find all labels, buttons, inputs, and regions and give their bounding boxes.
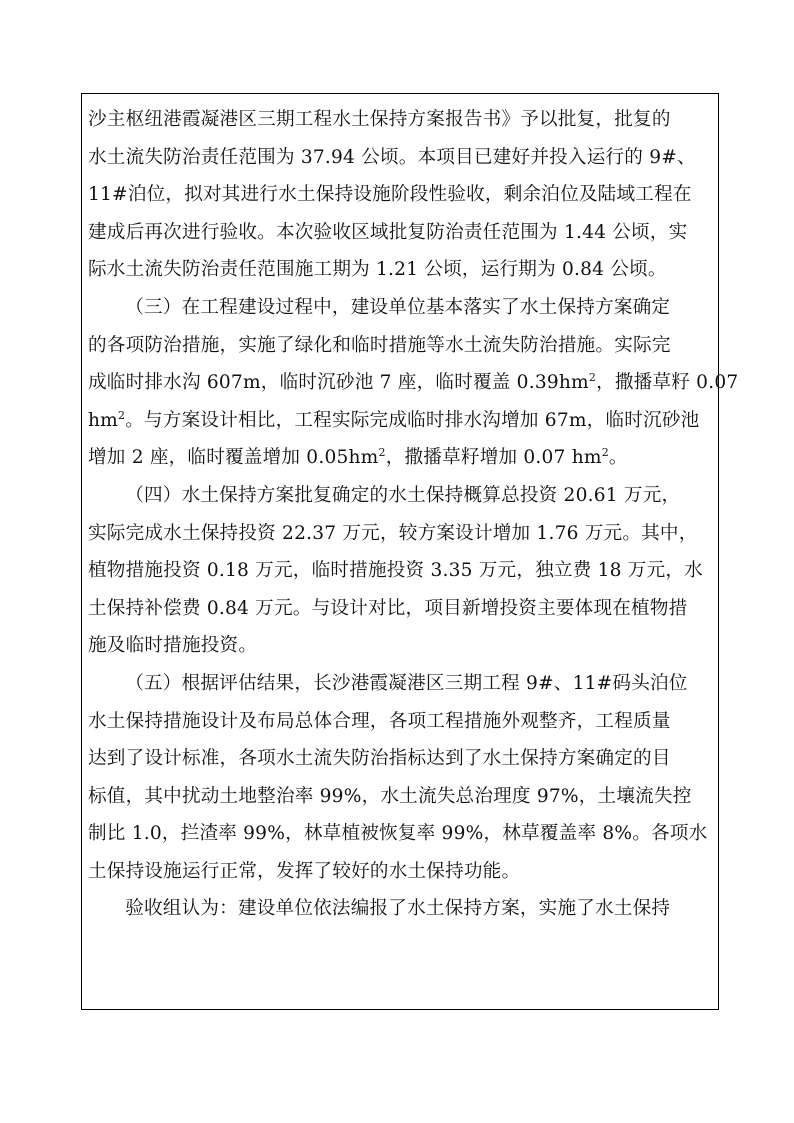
text-line: 实际完成水土保持投资 22.37 万元，较方案设计增加 1.76 万元。其中， (88, 515, 712, 553)
text-line: 11#泊位，拟对其进行水土保持设施阶段性验收，剩余泊位及陆域工程在 (88, 176, 712, 214)
text-line: hm2。与方案设计相比，工程实际完成临时排水沟增加 67m，临时沉砂池 (88, 402, 712, 440)
text-segment: hm (88, 410, 118, 431)
text-line: 标值，其中扰动土地整治率 99%，水土流失总治理度 97%，土壤流失控 (88, 778, 712, 816)
text-line: 验收组认为：建设单位依法编报了水土保持方案，实施了水土保持 (88, 890, 712, 928)
text-line: 土保持补偿费 0.84 万元。与设计对比，项目新增投资主要体现在植物措 (88, 590, 712, 628)
paragraph-acceptance-conclusion: 验收组认为：建设单位依法编报了水土保持方案，实施了水土保持 (88, 890, 712, 928)
text-line: 植物措施投资 0.18 万元，临时措施投资 3.35 万元，独立费 18 万元，… (88, 552, 712, 590)
paragraph-approval-scope: 沙主枢纽港霞凝港区三期工程水土保持方案报告书》予以批复，批复的 水土流失防治责任… (88, 101, 712, 289)
document-body: 沙主枢纽港霞凝港区三期工程水土保持方案报告书》予以批复，批复的 水土流失防治责任… (88, 101, 712, 928)
text-line: 水土保持措施设计及布局总体合理，各项工程措施外观整齐，工程质量 (88, 703, 712, 741)
paragraph-section-3-measures: （三）在工程建设过程中，建设单位基本落实了水土保持方案确定 的各项防治措施，实施… (88, 289, 712, 477)
paragraph-section-5-evaluation: （五）根据评估结果，长沙港霞凝港区三期工程 9#、11#码头泊位 水土保持措施设… (88, 665, 712, 891)
text-line: 际水土流失防治责任范围施工期为 1.21 公顷，运行期为 0.84 公顷。 (88, 251, 712, 289)
text-line: 施及临时措施投资。 (88, 627, 712, 665)
text-segment: ，撒播草籽 0.07 (596, 372, 738, 393)
text-segment: ，撒播草籽增加 0.07 hm (386, 447, 602, 468)
text-segment: 。 (609, 447, 628, 468)
text-line: 成临时排水沟 607m，临时沉砂池 7 座，临时覆盖 0.39hm2，撒播草籽 … (88, 364, 712, 402)
paragraph-section-4-investment: （四）水土保持方案批复确定的水土保持概算总投资 20.61 万元， 实际完成水土… (88, 477, 712, 665)
text-line: 水土流失防治责任范围为 37.94 公顷。本项目已建好并投入运行的 9#、 (88, 139, 712, 177)
text-line: 制比 1.0，拦渣率 99%，林草植被恢复率 99%，林草覆盖率 8%。各项水 (88, 815, 712, 853)
superscript: 2 (379, 446, 386, 459)
text-line: 的各项防治措施，实施了绿化和临时措施等水土流失防治措施。实际完 (88, 327, 712, 365)
document-frame: 沙主枢纽港霞凝港区三期工程水土保持方案报告书》予以批复，批复的 水土流失防治责任… (81, 93, 719, 1010)
superscript: 2 (602, 446, 609, 459)
text-line: （四）水土保持方案批复确定的水土保持概算总投资 20.61 万元， (88, 477, 712, 515)
text-line: （五）根据评估结果，长沙港霞凝港区三期工程 9#、11#码头泊位 (88, 665, 712, 703)
text-segment: 增加 2 座，临时覆盖增加 0.05hm (88, 447, 379, 468)
text-segment: 成临时排水沟 607m，临时沉砂池 7 座，临时覆盖 0.39hm (88, 372, 589, 393)
text-line: 增加 2 座，临时覆盖增加 0.05hm2，撒播草籽增加 0.07 hm2。 (88, 439, 712, 477)
text-line: 达到了设计标准，各项水土流失防治指标达到了水土保持方案确定的目 (88, 740, 712, 778)
text-line: 土保持设施运行正常，发挥了较好的水土保持功能。 (88, 853, 712, 891)
text-line: （三）在工程建设过程中，建设单位基本落实了水土保持方案确定 (88, 289, 712, 327)
text-line: 沙主枢纽港霞凝港区三期工程水土保持方案报告书》予以批复，批复的 (88, 101, 712, 139)
superscript: 2 (589, 371, 596, 384)
text-line: 建成后再次进行验收。本次验收区域批复防治责任范围为 1.44 公顷，实 (88, 214, 712, 252)
text-segment: 。与方案设计相比，工程实际完成临时排水沟增加 67m，临时沉砂池 (125, 410, 699, 431)
